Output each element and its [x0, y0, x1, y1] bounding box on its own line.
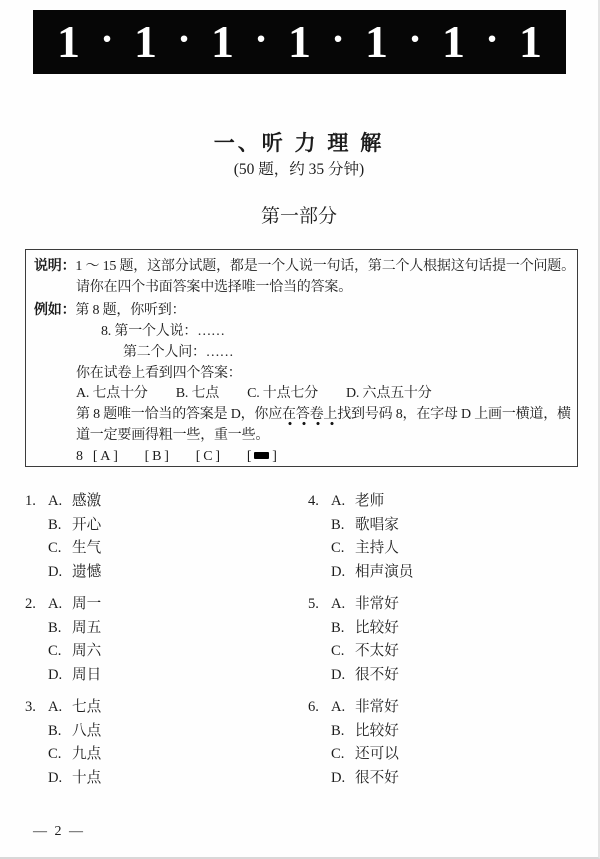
question-block: 6.A.非常好B.比较好C.还可以D.很不好: [308, 696, 578, 790]
option-text: 感激: [72, 490, 101, 514]
exam-subtitle: (50 题，约 35 分钟): [0, 157, 598, 179]
banner-dot: ·: [100, 19, 113, 59]
question-number: [25, 537, 48, 561]
question-number: [25, 561, 48, 585]
question-option-row: D.周日: [25, 664, 295, 688]
option-letter: D.: [331, 767, 355, 791]
option-letter: B.: [331, 720, 355, 744]
question-option-row: D.很不好: [308, 664, 578, 688]
option-text: 还可以: [355, 743, 399, 767]
answer-mark-bar: [254, 452, 269, 459]
question-option-row: D.十点: [25, 767, 295, 791]
box-line-text: 第 8 题唯一恰当的答案是 D，你应: [76, 407, 282, 422]
question-number: [25, 743, 48, 767]
question-block: 4.A.老师B.歌唱家C.主持人D.相声演员: [308, 490, 578, 584]
question-option-row: B.周五: [25, 617, 295, 641]
banner-digit: 1: [134, 19, 157, 65]
option-text: 周日: [72, 664, 101, 688]
question-option-row: D.相声演员: [308, 561, 578, 585]
close-bracket: ]: [113, 449, 117, 464]
option-letter: D.: [48, 561, 72, 585]
option-letter: B.: [331, 617, 355, 641]
box-line-text: 第 8 题，你听到：: [75, 303, 185, 318]
option-letter: B.: [48, 617, 72, 641]
option-text: 非常好: [355, 593, 399, 617]
question-number: [308, 743, 331, 767]
question-option-row: B.开心: [25, 514, 295, 538]
option-text: 八点: [72, 720, 101, 744]
box-line: 第二个人问：……: [34, 343, 575, 364]
question-option-row: D.遗憾: [25, 561, 295, 585]
option-text: 周六: [72, 640, 101, 664]
question-number: 4.: [308, 490, 331, 514]
option-text: 周五: [72, 617, 101, 641]
option-text: 主持人: [355, 537, 399, 561]
question-number: [25, 617, 48, 641]
choice-letter: B: [149, 449, 164, 464]
question-option-row: 5.A.非常好: [308, 593, 578, 617]
box-line-text: 你在试卷上看到四个答案：: [76, 366, 242, 381]
option-letter: C.: [48, 537, 72, 561]
banner-digit: 1: [519, 19, 542, 65]
question-option-row: C.还可以: [308, 743, 578, 767]
close-bracket: ]: [215, 449, 219, 464]
box-line: 8. 第一个人说：……: [34, 322, 575, 343]
question-option-row: C.周六: [25, 640, 295, 664]
box-line-label: 例如：: [34, 301, 75, 317]
box-line-label: 说明：: [34, 257, 75, 273]
option-letter: B.: [331, 514, 355, 538]
option-text: 很不好: [355, 664, 399, 688]
question-number: [308, 537, 331, 561]
question-option-row: B.歌唱家: [308, 514, 578, 538]
banner-digit: 1: [365, 19, 388, 65]
question-option-row: 2.A.周一: [25, 593, 295, 617]
option-text: 生气: [72, 537, 101, 561]
question-number: 2.: [25, 593, 48, 617]
question-option-row: 6.A.非常好: [308, 696, 578, 720]
page-number: — 2 —: [33, 824, 85, 840]
open-bracket: [: [247, 449, 251, 464]
option-letter: B.: [48, 514, 72, 538]
question-number: [25, 767, 48, 791]
banner-digit: 1: [211, 19, 234, 65]
option-text: 非常好: [355, 696, 399, 720]
box-line: 请你在四个书面答案中选择唯一恰当的答案。: [34, 278, 575, 299]
option-letter: C.: [331, 537, 355, 561]
choice-letter: C: [200, 449, 215, 464]
question-number: [25, 640, 48, 664]
example-option: C. 十点七分: [247, 386, 318, 401]
choice-letter: A: [97, 449, 113, 464]
option-letter: A.: [48, 696, 72, 720]
banner-dot: ·: [177, 19, 190, 59]
exam-title: 一、听 力 理 解: [0, 127, 598, 157]
section-title: 第一部分: [0, 201, 598, 228]
question-number: [308, 640, 331, 664]
option-letter: B.: [48, 720, 72, 744]
box-line-text: 找到号码 8，在字母 D 上画一横道，横: [337, 407, 571, 422]
banner-digit: 1: [57, 19, 80, 65]
box-line: 第 8 题唯一恰当的答案是 D，你应在答卷上找到号码 8，在字母 D 上画一横道…: [34, 405, 575, 426]
option-letter: C.: [48, 640, 72, 664]
page-header-banner: 1·1·1·1·1·1·1: [33, 10, 566, 74]
option-text: 周一: [72, 593, 101, 617]
box-line-text: 请你在四个书面答案中选择唯一恰当的答案。: [76, 280, 352, 295]
question-option-row: C.生气: [25, 537, 295, 561]
option-letter: A.: [331, 696, 355, 720]
option-text: 开心: [72, 514, 101, 538]
question-option-row: B.比较好: [308, 617, 578, 641]
option-text: 九点: [72, 743, 101, 767]
box-line: 道一定要画得粗一些，重一些。: [34, 426, 575, 447]
question-option-row: 3.A.七点: [25, 696, 295, 720]
example-option: A. 七点十分: [76, 386, 148, 401]
example-option: D. 六点五十分: [346, 386, 432, 401]
option-text: 遗憾: [72, 561, 101, 585]
answer-choice: []: [247, 449, 277, 464]
option-text: 相声演员: [355, 561, 413, 585]
box-line-text: 第二个人问：……: [123, 345, 233, 360]
question-number: [25, 720, 48, 744]
option-letter: C.: [331, 743, 355, 767]
option-text: 比较好: [355, 720, 399, 744]
option-letter: D.: [48, 664, 72, 688]
option-letter: A.: [331, 490, 355, 514]
box-line: 8[A][B][C][]: [34, 447, 575, 467]
box-line: 你在试卷上看到四个答案：: [34, 364, 575, 385]
option-text: 歌唱家: [355, 514, 399, 538]
box-line-text: 道一定要画得粗一些，重一些。: [76, 428, 269, 443]
question-number: [308, 617, 331, 641]
question-option-row: 4.A.老师: [308, 490, 578, 514]
option-letter: D.: [48, 767, 72, 791]
answer-choice: [B]: [145, 449, 169, 464]
question-block: 3.A.七点B.八点C.九点D.十点: [25, 696, 295, 790]
box-line: A. 七点十分B. 七点C. 十点七分D. 六点五十分: [34, 384, 575, 405]
question-number: [308, 767, 331, 791]
question-number: 3.: [25, 696, 48, 720]
banner-digit: 1: [442, 19, 465, 65]
question-option-row: 1.A.感激: [25, 490, 295, 514]
question-option-row: B.比较好: [308, 720, 578, 744]
question-number: [308, 664, 331, 688]
option-text: 十点: [72, 767, 101, 791]
option-letter: C.: [48, 743, 72, 767]
option-text: 很不好: [355, 767, 399, 791]
question-block: 2.A.周一B.周五C.周六D.周日: [25, 593, 295, 687]
question-option-row: D.很不好: [308, 767, 578, 791]
instruction-box: 说明：1 ～ 15 题，这部分试题，都是一个人说一句话，第二个人根据这句话提一个…: [25, 249, 578, 467]
option-letter: D.: [331, 664, 355, 688]
question-option-row: B.八点: [25, 720, 295, 744]
questions-left: 1.A.感激B.开心C.生气D.遗憾2.A.周一B.周五C.周六D.周日3.A.…: [25, 490, 295, 799]
banner-dot: ·: [331, 19, 344, 59]
option-text: 老师: [355, 490, 384, 514]
answer-number: 8: [76, 449, 83, 464]
question-number: [25, 514, 48, 538]
box-line: 说明：1 ～ 15 题，这部分试题，都是一个人说一句话，第二个人根据这句话提一个…: [34, 255, 575, 278]
question-number: [308, 514, 331, 538]
box-line: 例如：第 8 题，你听到：: [34, 299, 575, 322]
answer-choice: [C]: [196, 449, 220, 464]
question-block: 1.A.感激B.开心C.生气D.遗憾: [25, 490, 295, 584]
close-bracket: ]: [164, 449, 168, 464]
banner-digit: 1: [288, 19, 311, 65]
option-text: 不太好: [355, 640, 399, 664]
banner-dot: ·: [408, 19, 421, 59]
option-letter: A.: [48, 490, 72, 514]
question-number: 5.: [308, 593, 331, 617]
questions-right: 4.A.老师B.歌唱家C.主持人D.相声演员5.A.非常好B.比较好C.不太好D…: [308, 490, 578, 799]
question-option-row: C.主持人: [308, 537, 578, 561]
example-option: B. 七点: [176, 386, 219, 401]
option-text: 七点: [72, 696, 101, 720]
question-option-row: C.不太好: [308, 640, 578, 664]
question-number: [25, 664, 48, 688]
close-bracket: ]: [272, 449, 276, 464]
question-number: 6.: [308, 696, 331, 720]
box-line-text: 8. 第一个人说：……: [101, 324, 225, 339]
box-line-text: 1 ～ 15 题，这部分试题，都是一个人说一句话，第二个人根据这句话提一个问题。: [75, 259, 575, 274]
answer-choice: [A]: [93, 449, 118, 464]
option-letter: A.: [48, 593, 72, 617]
option-letter: A.: [331, 593, 355, 617]
question-number: [308, 720, 331, 744]
question-option-row: C.九点: [25, 743, 295, 767]
option-letter: C.: [331, 640, 355, 664]
question-number: 1.: [25, 490, 48, 514]
banner-dot: ·: [254, 19, 267, 59]
emphasized-text: 在答卷上: [282, 407, 337, 426]
question-block: 5.A.非常好B.比较好C.不太好D.很不好: [308, 593, 578, 687]
option-letter: D.: [331, 561, 355, 585]
option-text: 比较好: [355, 617, 399, 641]
banner-dot: ·: [485, 19, 498, 59]
exam-page: 1·1·1·1·1·1·1 一、听 力 理 解 (50 题，约 35 分钟) 第…: [0, 0, 600, 859]
question-number: [308, 561, 331, 585]
